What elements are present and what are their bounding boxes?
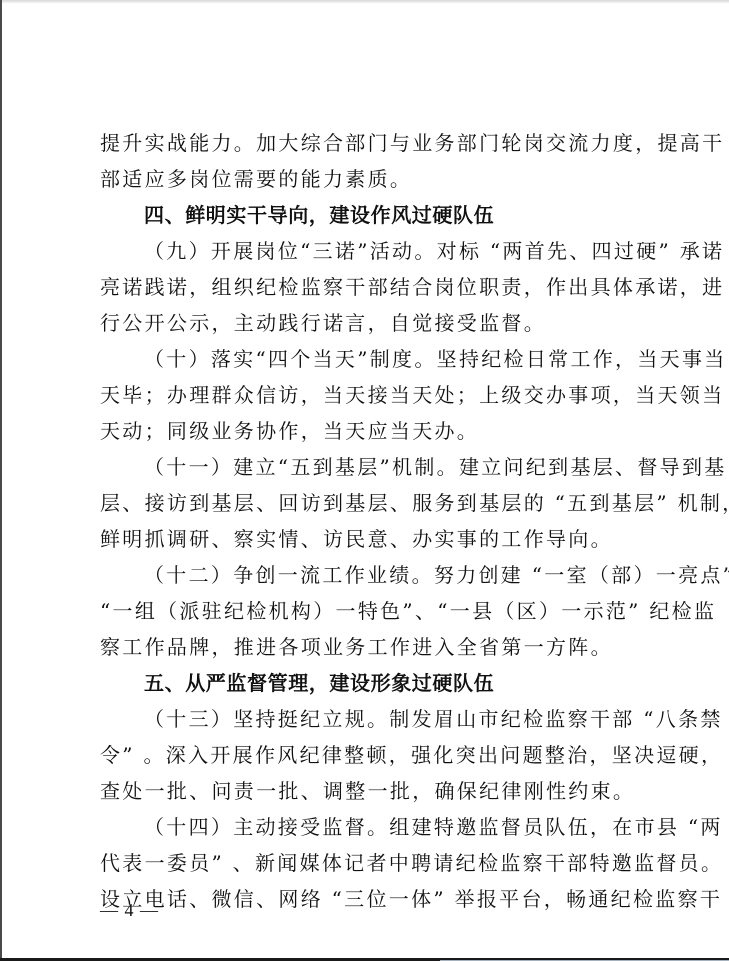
text-line: 部适应多岗位需要的能力素质。 [100,161,645,197]
text-line: 令” 。深入开展作风纪律整顿，强化突出问题整治，坚决逗硬， [100,737,645,773]
text-line: 层、接访到基层、回访到基层、服务到基层的 “五到基层” 机制， [100,485,645,521]
text-line: 查处一批、问责一批、调整一批，确保纪律刚性约束。 [100,773,645,809]
text-line: （十三）坚持挺纪立规。制发眉山市纪检监察干部 “八条禁 [100,701,645,737]
text-line: 代表一委员” 、新闻媒体记者中聘请纪检监察干部特邀监督员。 [100,845,645,881]
document-viewer: 提升实战能力。加大综合部门与业务部门轮岗交流力度，提高干 部适应多岗位需要的能力… [0,0,729,961]
text-line: （十四）主动接受监督。组建特邀监督员队伍，在市县 “两 [100,809,645,845]
text-line: （十）落实“四个当天”制度。坚持纪检日常工作，当天事当 [100,341,645,377]
text-line: 设立电话、微信、网络 “三位一体” 举报平台，畅通纪检监察干 [100,881,645,917]
text-line: “一组（派驻纪检机构）一特色”、“一县（区）一示范” 纪检监 [100,593,645,629]
page-number: — 4 — [100,900,159,921]
text-line: （十一）建立“五到基层”机制。建立问纪到基层、督导到基 [100,449,645,485]
section-heading-4: 四、鲜明实干导向，建设作风过硬队伍 [100,197,645,233]
text-line: 亮诺践诺，组织纪检监察干部结合岗位职责，作出具体承诺，进 [100,269,645,305]
text-line: 鲜明抓调研、察实情、访民意、办实事的工作导向。 [100,521,645,557]
left-page-border [0,0,2,959]
top-shadow [0,0,729,3]
text-line: （十二）争创一流工作业绩。努力创建 “一室（部）一亮点”、 [100,557,645,593]
text-line: （九）开展岗位“三诺”活动。对标 “两首先、四过硬” 承诺 [100,233,645,269]
text-line: 提升实战能力。加大综合部门与业务部门轮岗交流力度，提高干 [100,125,645,161]
text-line: 察工作品牌，推进各项业务工作进入全省第一方阵。 [100,629,645,665]
section-heading-5: 五、从严监督管理，建设形象过硬队伍 [100,665,645,701]
text-line: 天动；同级业务协作，当天应当天办。 [100,413,645,449]
text-line: 行公开公示，主动践行诺言，自觉接受监督。 [100,305,645,341]
text-line: 天毕；办理群众信访，当天接当天处；上级交办事项，当天领当 [100,377,645,413]
page-body: 提升实战能力。加大综合部门与业务部门轮岗交流力度，提高干 部适应多岗位需要的能力… [100,125,645,917]
